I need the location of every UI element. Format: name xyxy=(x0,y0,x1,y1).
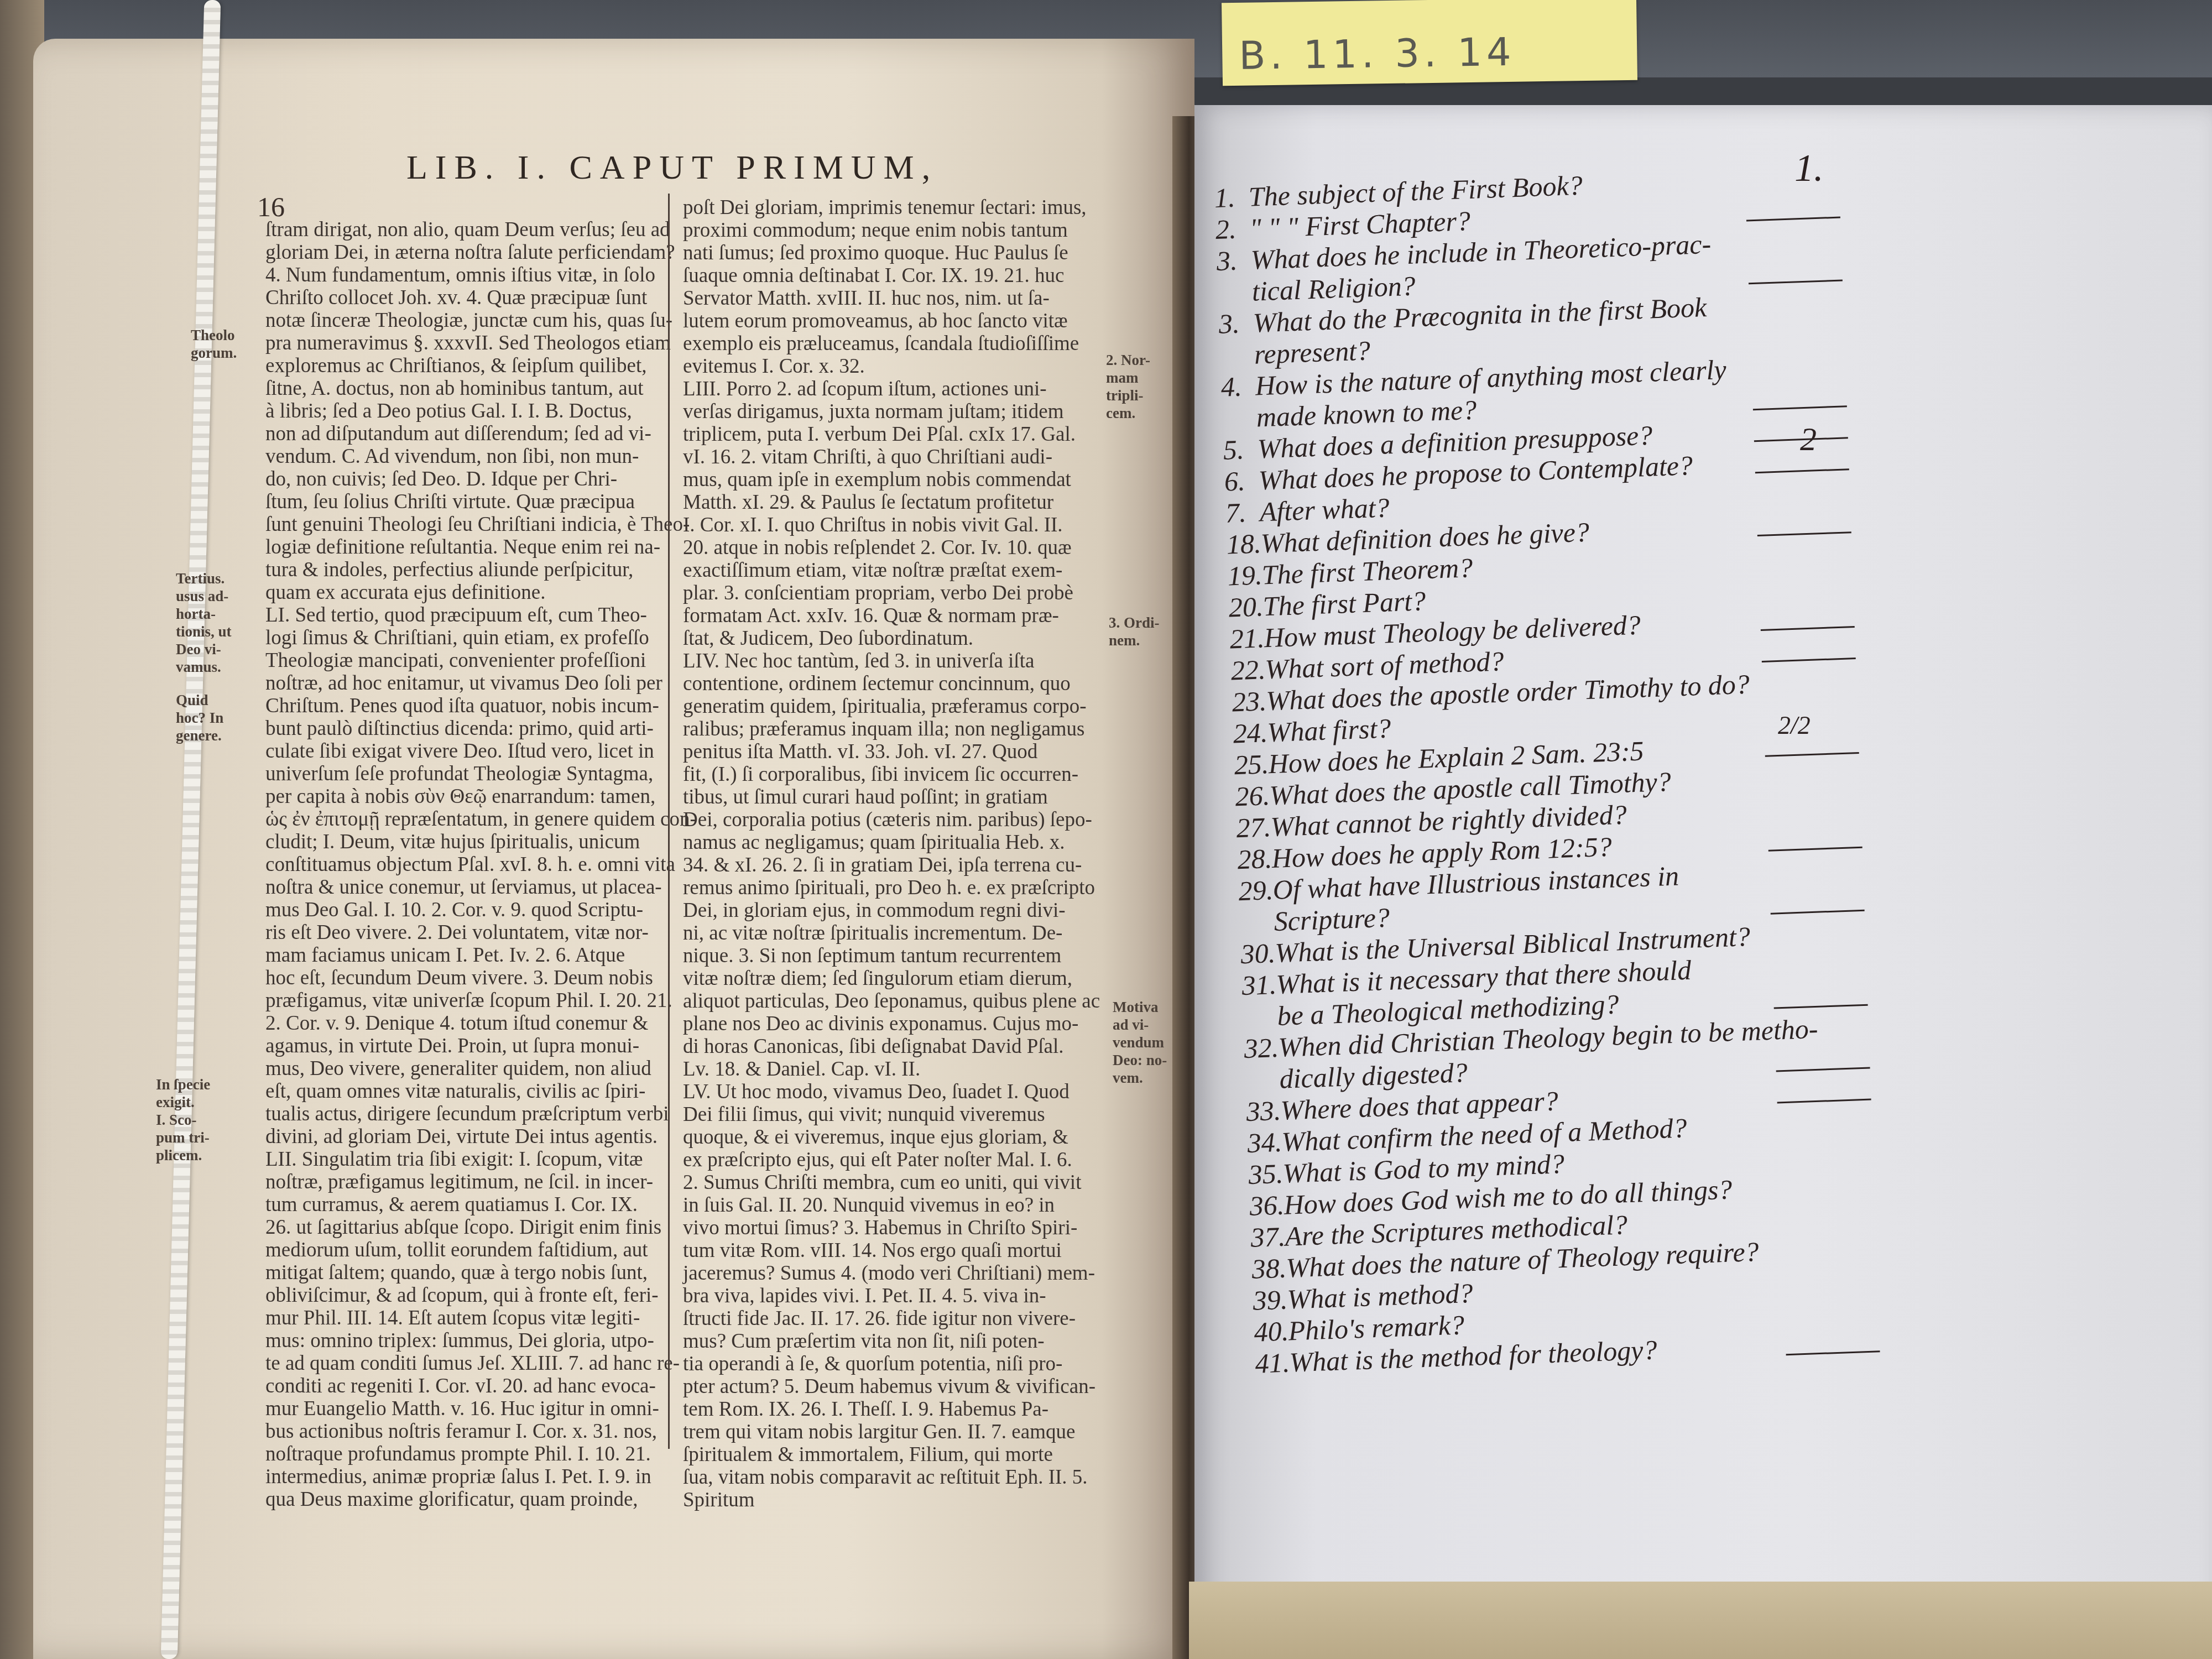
question-text: tical Religion? xyxy=(1251,270,1416,306)
text-line: per capita à nobis σὺν Θεῷ enarrandum: t… xyxy=(265,785,669,808)
margin-note-line: ad vi- xyxy=(1113,1016,1167,1034)
margin-note-line: tionis, ut xyxy=(176,623,232,640)
margin-note-line: hoc? In xyxy=(176,709,223,727)
question-number: 31. xyxy=(1241,969,1277,1001)
question-number: 37. xyxy=(1250,1221,1286,1254)
question-number: 34. xyxy=(1247,1126,1282,1159)
text-line: cludit; I. Deum, vitæ hujus ſpiritualis,… xyxy=(265,831,669,853)
text-line: Chriſto collocet Joh. xv. 4. Quæ præcipu… xyxy=(265,286,669,309)
question-number: 20. xyxy=(1228,591,1264,623)
text-line: mur Phil. III. 14. Eſt autem ſcopus vitæ… xyxy=(265,1307,669,1329)
question-number: 33. xyxy=(1246,1095,1281,1128)
question-number: 3. xyxy=(1218,307,1254,340)
text-line: exemplo eis præluceamus, ſcandala ſtudio… xyxy=(683,332,1103,355)
question-number: 3. xyxy=(1216,244,1251,277)
text-line: mus, Deo vivere, generaliter quidem, non… xyxy=(265,1057,669,1080)
text-line: formatam Act. xxIv. 16. Quæ & normam præ… xyxy=(683,604,1103,627)
handwritten-question-list: 1.The subject of the First Book?2." " " … xyxy=(1214,161,1880,1380)
text-line: triplicem, puta I. verbum Dei Pſal. cxIx… xyxy=(683,423,1103,446)
margin-note-line: genere. xyxy=(176,727,223,744)
text-line: 20. atque in nobis reſplendet 2. Cor. Iv… xyxy=(683,536,1103,559)
text-line: mus Deo Gal. I. 10. 2. Cor. v. 9. quod S… xyxy=(265,899,669,921)
margin-note-in-specie: In ſpecieexigit.I. Sco-pum tri-plicem. xyxy=(156,1076,210,1164)
margin-note-line: I. Sco- xyxy=(156,1111,210,1129)
text-line: aliquot particulas, Deo ſeponamus, quibu… xyxy=(683,990,1103,1013)
text-line: in ſuis Gal. II. 20. Nunquid vivemus in … xyxy=(683,1194,1103,1217)
text-line: I. Cor. xI. I. quo Chriſtus in nobis viv… xyxy=(683,514,1103,536)
text-line: noſtra & unice conemur, ut ſerviamus, ut… xyxy=(265,876,669,899)
margin-note-line: nem. xyxy=(1109,632,1160,649)
question-number: 36. xyxy=(1249,1190,1285,1222)
shelfmark-label: B. 11. 3. 14 xyxy=(1222,0,1637,86)
text-line: mur Euangelio Matth. v. 16. Huc igitur i… xyxy=(265,1397,669,1420)
running-head: LIB. I. CAPUT PRIMUM, xyxy=(406,148,938,187)
text-line: tura & indoles, perfectius aliunde perſp… xyxy=(265,559,669,581)
text-line: logiæ definitione reſultantia. Neque eni… xyxy=(265,536,669,559)
margin-note-line: In ſpecie xyxy=(156,1076,210,1093)
margin-note-line: Deo vi- xyxy=(176,640,232,658)
page-edge xyxy=(1189,1582,2212,1659)
question-number: 18. xyxy=(1226,528,1261,560)
text-line: Lv. 18. & Daniel. Cap. vI. II. xyxy=(683,1058,1103,1081)
margin-note-line: gorum. xyxy=(191,344,237,362)
text-line: logi ſimus & Chriſtiani, quin etiam, ex … xyxy=(265,627,669,649)
question-number: 41. xyxy=(1255,1347,1290,1380)
text-line: hoc eſt, ſecundum Deum vivere. 3. Deum n… xyxy=(265,967,669,989)
text-line: ὡς ἐν ἐπιτομῇ repræſentatum, in genere q… xyxy=(265,808,669,831)
margin-note-line: pum tri- xyxy=(156,1129,210,1146)
text-line: tualis actus, dirigere ſecundum præſcrip… xyxy=(265,1103,669,1125)
text-line: intermedius, animæ propriæ ſalus I. Pet.… xyxy=(265,1465,669,1488)
text-line: evitemus I. Cor. x. 32. xyxy=(683,355,1103,378)
margin-note-line: tripli- xyxy=(1106,387,1150,404)
margin-note-line: Quid xyxy=(176,691,223,709)
question-number: 2. xyxy=(1215,213,1250,246)
text-line: tia operandi à ſe, & quorſum potentia, n… xyxy=(683,1353,1103,1375)
text-line: Theologiæ mancipati, convenienter profeſ… xyxy=(265,649,669,672)
question-text: Philo's remark? xyxy=(1288,1309,1465,1346)
text-line: vitæ noſtræ diem; ſed ſingulorum etiam d… xyxy=(683,967,1103,990)
question-number xyxy=(1245,1088,1280,1089)
margin-note-line: mam xyxy=(1106,369,1150,387)
text-line: agamus, in virtute Dei. Proin, ut ſupra … xyxy=(265,1035,669,1057)
question-number: 35. xyxy=(1248,1158,1284,1191)
text-line: Dei, in gloriam ejus, in commodum regni … xyxy=(683,899,1103,922)
text-line: tem Rom. IX. 26. I. Theſſ. I. 9. Habemus… xyxy=(683,1398,1103,1421)
text-line: mus? Cum præſertim vita non ſit, niſi po… xyxy=(683,1330,1103,1353)
text-line: ſitne, A. doctus, non ab hominibus tantu… xyxy=(265,377,669,400)
text-line: di horas Canonicas, ſibi deſignabat Davi… xyxy=(683,1035,1103,1058)
text-column-right: poſt Dei gloriam, imprimis tenemur ſecta… xyxy=(683,196,1103,1511)
question-text: What first? xyxy=(1267,712,1391,748)
text-line: 34. & xI. 26. 2. ſi in gratiam Dei, ipſa… xyxy=(683,854,1103,877)
text-line: ſtram dirigat, non alio, quam Deum verſu… xyxy=(265,218,669,241)
text-line: obliviſcimur, & ad ſcopum, qui à fronte … xyxy=(265,1284,669,1307)
text-line: nati ſumus; ſed proximo quoque. Huc Paul… xyxy=(683,242,1103,264)
question-number xyxy=(1218,301,1253,302)
column-rule xyxy=(668,194,670,1449)
margin-note-tertius: Tertius.usus ad-horta-tionis, utDeo vi-v… xyxy=(176,570,232,676)
text-line: gloriam Dei, in æterna noſtra ſalute per… xyxy=(265,241,669,264)
text-line: pter actum? 5. Deum habemus vivum & vivi… xyxy=(683,1375,1103,1398)
text-line: jaceremus? Sumus 4. (modo veri Chriſtian… xyxy=(683,1262,1103,1285)
margin-note-line: Motiva xyxy=(1113,998,1167,1016)
text-line: à libris; ſed a Deo potius Gal. I. I. B.… xyxy=(265,400,669,422)
margin-note-line: 3. Ordi- xyxy=(1109,614,1160,632)
text-line: conditi ac regeniti I. Cor. vI. 20. ad h… xyxy=(265,1375,669,1397)
margin-note-quid-hoc: Quidhoc? Ingenere. xyxy=(176,691,223,744)
question-number: 4. xyxy=(1220,371,1256,403)
text-line: tibus, ut ſimul curari haud poſſint; in … xyxy=(683,786,1103,808)
text-line: LV. Ut hoc modo, vivamus Deo, ſuadet I. … xyxy=(683,1081,1103,1103)
question-text: The first Part? xyxy=(1262,585,1426,622)
question-number: 7. xyxy=(1225,496,1260,529)
question-number: 28. xyxy=(1237,843,1272,875)
text-line: contentione, ordinem ſectemur concinnum,… xyxy=(683,672,1103,695)
text-line: poſt Dei gloriam, imprimis tenemur ſecta… xyxy=(683,196,1103,219)
text-line: eſt, quam omnes vitæ naturalis, civilis … xyxy=(265,1080,669,1103)
question-number: 30. xyxy=(1240,937,1276,970)
question-number: 5. xyxy=(1223,434,1258,466)
text-line: ni, ac vitæ noſtræ ſpiritualis increment… xyxy=(683,922,1103,945)
question-number: 1. xyxy=(1214,181,1249,214)
text-line: Matth. xI. 29. & Paulus ſe ſectatum prof… xyxy=(683,491,1103,514)
text-line: notæ ſinceræ Theologiæ, junctæ cum his, … xyxy=(265,309,669,332)
text-line: vivo mortui ſimus? 3. Habemus in Chriſto… xyxy=(683,1217,1103,1239)
text-line: Dei filii ſimus, qui vivit; nunquid vive… xyxy=(683,1103,1103,1126)
question-number xyxy=(1243,1025,1277,1026)
question-text: After what? xyxy=(1259,492,1390,527)
text-line: ſuaque omnia deſtinabat I. Cor. IX. 19. … xyxy=(683,264,1103,287)
question-number: 32. xyxy=(1244,1032,1279,1065)
text-line: plane nos Deo ac divinis exponamus. Cuju… xyxy=(683,1013,1103,1035)
question-number: 38. xyxy=(1251,1253,1287,1285)
question-number: 25. xyxy=(1234,748,1269,781)
text-line: qua Deus maxime glorificatur, quam proin… xyxy=(265,1488,669,1511)
margin-note-line: cem. xyxy=(1106,404,1150,422)
text-line: noſtræ, ad hoc enitamur, ut vivamus Deo … xyxy=(265,672,669,695)
text-line: plar. 3. conſcientiam propriam, verbo De… xyxy=(683,582,1103,604)
text-line: proximi commodum; neque enim nobis tantu… xyxy=(683,219,1103,242)
text-line: namus ac negligamus; quam ſpiritualia He… xyxy=(683,831,1103,854)
text-column-left: ſtram dirigat, non alio, quam Deum verſu… xyxy=(265,218,669,1511)
margin-note-motiva: Motivaad vi-vendumDeo: no-vem. xyxy=(1113,998,1167,1087)
text-line: quoque, & ei viveremus, inque ejus glori… xyxy=(683,1126,1103,1149)
question-number: 39. xyxy=(1253,1284,1288,1317)
question-number: 40. xyxy=(1254,1316,1289,1348)
question-text: Scripture? xyxy=(1274,902,1390,937)
text-line: culate ſibi exigat vivere Deo. Iſtud ver… xyxy=(265,740,669,763)
text-line: 2. Cor. v. 9. Denique 4. totum iſtud con… xyxy=(265,1012,669,1035)
question-text: What is method? xyxy=(1287,1277,1474,1315)
question-number: 21. xyxy=(1229,622,1265,655)
question-number: 22. xyxy=(1230,654,1266,686)
text-line: Servator Matth. xvIII. II. huc nos, nim.… xyxy=(683,287,1103,310)
text-line: mus, quam ipſe in exemplum nobis commend… xyxy=(683,468,1103,491)
text-line: divini, ad gloriam Dei, virtute Dei intu… xyxy=(265,1125,669,1148)
margin-note-line: plicem. xyxy=(156,1146,210,1164)
text-line: tum vitæ Rom. vIII. 14. Nos ergo quaſi m… xyxy=(683,1239,1103,1262)
text-line: noſtræ, præfigamus legitimum, ne ſcil. i… xyxy=(265,1171,669,1193)
question-text: dically digested? xyxy=(1279,1057,1468,1094)
margin-note-line: Deo: no- xyxy=(1113,1051,1167,1069)
text-line: remus animo ſpirituali, pro Deo h. e. ex… xyxy=(683,877,1103,899)
question-text: represent? xyxy=(1254,335,1371,369)
question-number xyxy=(1240,931,1274,932)
text-line: bra viva, lapides vivi. I. Pet. II. 4. 5… xyxy=(683,1285,1103,1307)
text-line: fit, (I.) ſi corporalibus, ſibi invicem … xyxy=(683,763,1103,786)
margin-note-line: vamus. xyxy=(176,658,232,676)
text-line: mam faciamus unicam I. Pet. Iv. 2. 6. At… xyxy=(265,944,669,967)
text-line: LIV. Nec hoc tantùm, ſed 3. in univerſa … xyxy=(683,650,1103,672)
text-line: univerſum ſeſe profundat Theologiæ Synta… xyxy=(265,763,669,785)
text-line: Chriſtum. Penes quod iſta quatuor, nobis… xyxy=(265,695,669,717)
text-line: LII. Singulatim tria ſibi exigit: I. ſco… xyxy=(265,1148,669,1171)
text-line: 2. Sumus Chriſti membra, cum eo uniti, q… xyxy=(683,1171,1103,1194)
margin-note-normam: 2. Nor-mamtripli-cem. xyxy=(1106,351,1150,422)
text-line: exactiſſimum etiam, vitæ noſtræ præſtat … xyxy=(683,559,1103,582)
text-line: vendum. C. Ad vivendum, non ſibi, non mu… xyxy=(265,445,669,468)
margin-note-line: horta- xyxy=(176,605,232,623)
text-line: quam ex accurata ejus definitione. xyxy=(265,581,669,604)
text-line: vI. 16. 2. vitam Chriſti, à quo Chriſtia… xyxy=(683,446,1103,468)
text-line: do, non cuivis; ſed Deo. D. Idque per Ch… xyxy=(265,468,669,491)
question-number: 29. xyxy=(1238,874,1274,907)
margin-note-line: usus ad- xyxy=(176,587,232,605)
text-line: lutem eorum promoveamus, ab hoc ſancto v… xyxy=(683,310,1103,332)
text-line: ſtat, & Judicem, Deo ſubordinatum. xyxy=(683,627,1103,650)
text-line: 26. ut ſagittarius abſque ſcopo. Dirigit… xyxy=(265,1216,669,1239)
shelfmark-text: B. 11. 3. 14 xyxy=(1239,29,1516,79)
text-line: ſtructi fide Jac. II. 17. 26. fide igitu… xyxy=(683,1307,1103,1330)
text-line: præfigamus, vitæ univerſæ ſcopum Phil. I… xyxy=(265,989,669,1012)
margin-note-theologorum: Theologorum. xyxy=(191,326,237,362)
text-line: conſtituamus objectum Pſal. xvI. 8. h. e… xyxy=(265,853,669,876)
text-line: te ad quam conditi ſumus Jeſ. XLIII. 7. … xyxy=(265,1352,669,1375)
text-line: ſtum, ſeu ſolius Chriſti virtute. Quæ pr… xyxy=(265,491,669,513)
text-line: ralibus; præferamus inquam illa; non neg… xyxy=(683,718,1103,740)
text-line: Dei, corporalia potius (cæteris nim. par… xyxy=(683,808,1103,831)
text-line: LIII. Porro 2. ad ſcopum iſtum, actiones… xyxy=(683,378,1103,400)
text-line: LI. Sed tertio, quod præcipuum eſt, cum … xyxy=(265,604,669,627)
question-number xyxy=(1220,364,1255,365)
text-line: generatim quidem, ſpiritualia, præferamu… xyxy=(683,695,1103,718)
text-line: mediorum uſum, tollit eorundem faſtidium… xyxy=(265,1239,669,1261)
question-number: 26. xyxy=(1235,780,1270,812)
text-line: ex præſcripto ejus, qui eſt Pater noſter… xyxy=(683,1149,1103,1171)
text-line: 4. Num fundamentum, omnis iſtius vitæ, i… xyxy=(265,264,669,286)
margin-note-line: vem. xyxy=(1113,1069,1167,1087)
text-line: ris eſt Deo vivere. 2. Dei voluntatem, v… xyxy=(265,921,669,944)
text-line: trem qui vitam nobis largitur Gen. II. 7… xyxy=(683,1421,1103,1443)
text-line: mus: omnino triplex: ſummus, Dei gloria,… xyxy=(265,1329,669,1352)
question-number: 27. xyxy=(1236,811,1271,844)
question-number: 6. xyxy=(1224,465,1259,498)
text-line: non ad diſputandum aut diſſerendum; ſed … xyxy=(265,422,669,445)
margin-note-line: Theolo xyxy=(191,326,237,344)
question-number: 19. xyxy=(1227,559,1262,592)
text-line: verſas dirigamus, juxta normam juſtam; i… xyxy=(683,400,1103,423)
question-number: 23. xyxy=(1232,685,1267,718)
question-number: 24. xyxy=(1233,717,1268,749)
text-line: nique. 3. Si non ſeptimum tantum recurre… xyxy=(683,945,1103,967)
margin-note-line: 2. Nor- xyxy=(1106,351,1150,369)
text-line: pra numeravimus §. xxxvII. Sed Theologos… xyxy=(265,332,669,354)
text-line: ſua, vitam nobis comparavit ac reſtituit… xyxy=(683,1466,1103,1489)
text-line: noſtraque profundamus prompte Phil. I. 1… xyxy=(265,1443,669,1465)
text-line: ſunt genuini Theologi ſeu Chriſtiani ind… xyxy=(265,513,669,536)
question-number xyxy=(1222,427,1256,428)
text-line: exploremus ac Chriſtianos, & ſeipſum qui… xyxy=(265,354,669,377)
text-line: mitigat ſaltem; quando, quæ à tergo nobi… xyxy=(265,1261,669,1284)
margin-note-line: vendum xyxy=(1113,1034,1167,1051)
text-line: Spiritum xyxy=(683,1489,1103,1511)
text-line: penitus iſta Matth. vI. 33. Joh. vI. 27.… xyxy=(683,740,1103,763)
margin-note-ordinem: 3. Ordi-nem. xyxy=(1109,614,1160,649)
margin-note-line: exigit. xyxy=(156,1093,210,1111)
text-line: bus actionibus noſtris feramur I. Cor. x… xyxy=(265,1420,669,1443)
text-line: tum curramus, & aerem quatiamus I. Cor. … xyxy=(265,1193,669,1216)
text-line: ſpiritualem & immortalem, Filium, qui mo… xyxy=(683,1443,1103,1466)
margin-note-line: Tertius. xyxy=(176,570,232,587)
text-line: bunt paulò diſtinctius dicenda: primo, q… xyxy=(265,717,669,740)
